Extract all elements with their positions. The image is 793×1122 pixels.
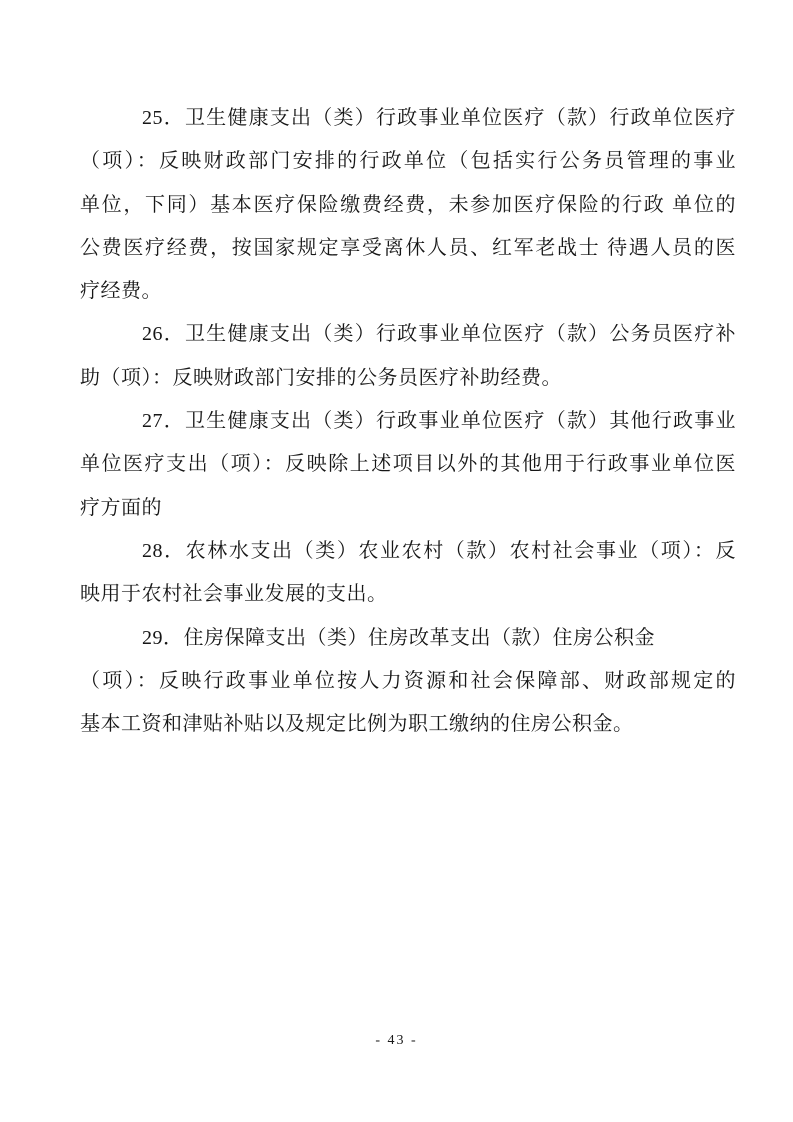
text-line: 26．卫生健康支出（类）行政事业单位医疗（款）公务员医疗补 <box>80 313 736 356</box>
text-line: 单位医疗支出（项）：反映除上述项目以外的其他用于行政事业单位医 <box>80 443 736 486</box>
paragraph-item-26: 26．卫生健康支出（类）行政事业单位医疗（款）公务员医疗补 助（项）：反映财政部… <box>80 313 736 400</box>
paragraph-item-25: 25．卫生健康支出（类）行政事业单位医疗（款）行政单位医疗 （项）：反映财政部门… <box>80 97 736 313</box>
text-line: 28．农林水支出（类）农业农村（款）农村社会事业（项）：反 <box>80 530 736 573</box>
paragraph-item-29: 29．住房保障支出（类）住房改革支出（款）住房公积金 （项）：反映行政事业单位按… <box>80 617 736 747</box>
text-line: （项）：反映行政事业单位按人力资源和社会保障部、财政部规定的 <box>80 660 736 703</box>
text-line: 疗经费。 <box>80 270 736 313</box>
page-number: - 43 - <box>0 1033 793 1049</box>
text-line: 公费医疗经费，按国家规定享受离休人员、红军老战士 待遇人员的医 <box>80 227 736 270</box>
document-page: 25．卫生健康支出（类）行政事业单位医疗（款）行政单位医疗 （项）：反映财政部门… <box>0 0 793 1122</box>
text-line: 单位，下同）基本医疗保险缴费经费，未参加医疗保险的行政 单位的 <box>80 184 736 227</box>
text-line: 映用于农村社会事业发展的支出。 <box>80 573 736 616</box>
text-line: （项）：反映财政部门安排的行政单位（包括实行公务员管理的事业 <box>80 140 736 183</box>
paragraph-item-27: 27．卫生健康支出（类）行政事业单位医疗（款）其他行政事业 单位医疗支出（项）：… <box>80 400 736 530</box>
text-line: 疗方面的 <box>80 487 736 530</box>
text-line: 29．住房保障支出（类）住房改革支出（款）住房公积金 <box>80 617 736 660</box>
document-body: 25．卫生健康支出（类）行政事业单位医疗（款）行政单位医疗 （项）：反映财政部门… <box>80 97 736 746</box>
text-line: 基本工资和津贴补贴以及规定比例为职工缴纳的住房公积金。 <box>80 703 736 746</box>
paragraph-item-28: 28．农林水支出（类）农业农村（款）农村社会事业（项）：反 映用于农村社会事业发… <box>80 530 736 617</box>
text-line: 27．卫生健康支出（类）行政事业单位医疗（款）其他行政事业 <box>80 400 736 443</box>
text-line: 25．卫生健康支出（类）行政事业单位医疗（款）行政单位医疗 <box>80 97 736 140</box>
text-line: 助（项）：反映财政部门安排的公务员医疗补助经费。 <box>80 357 736 400</box>
